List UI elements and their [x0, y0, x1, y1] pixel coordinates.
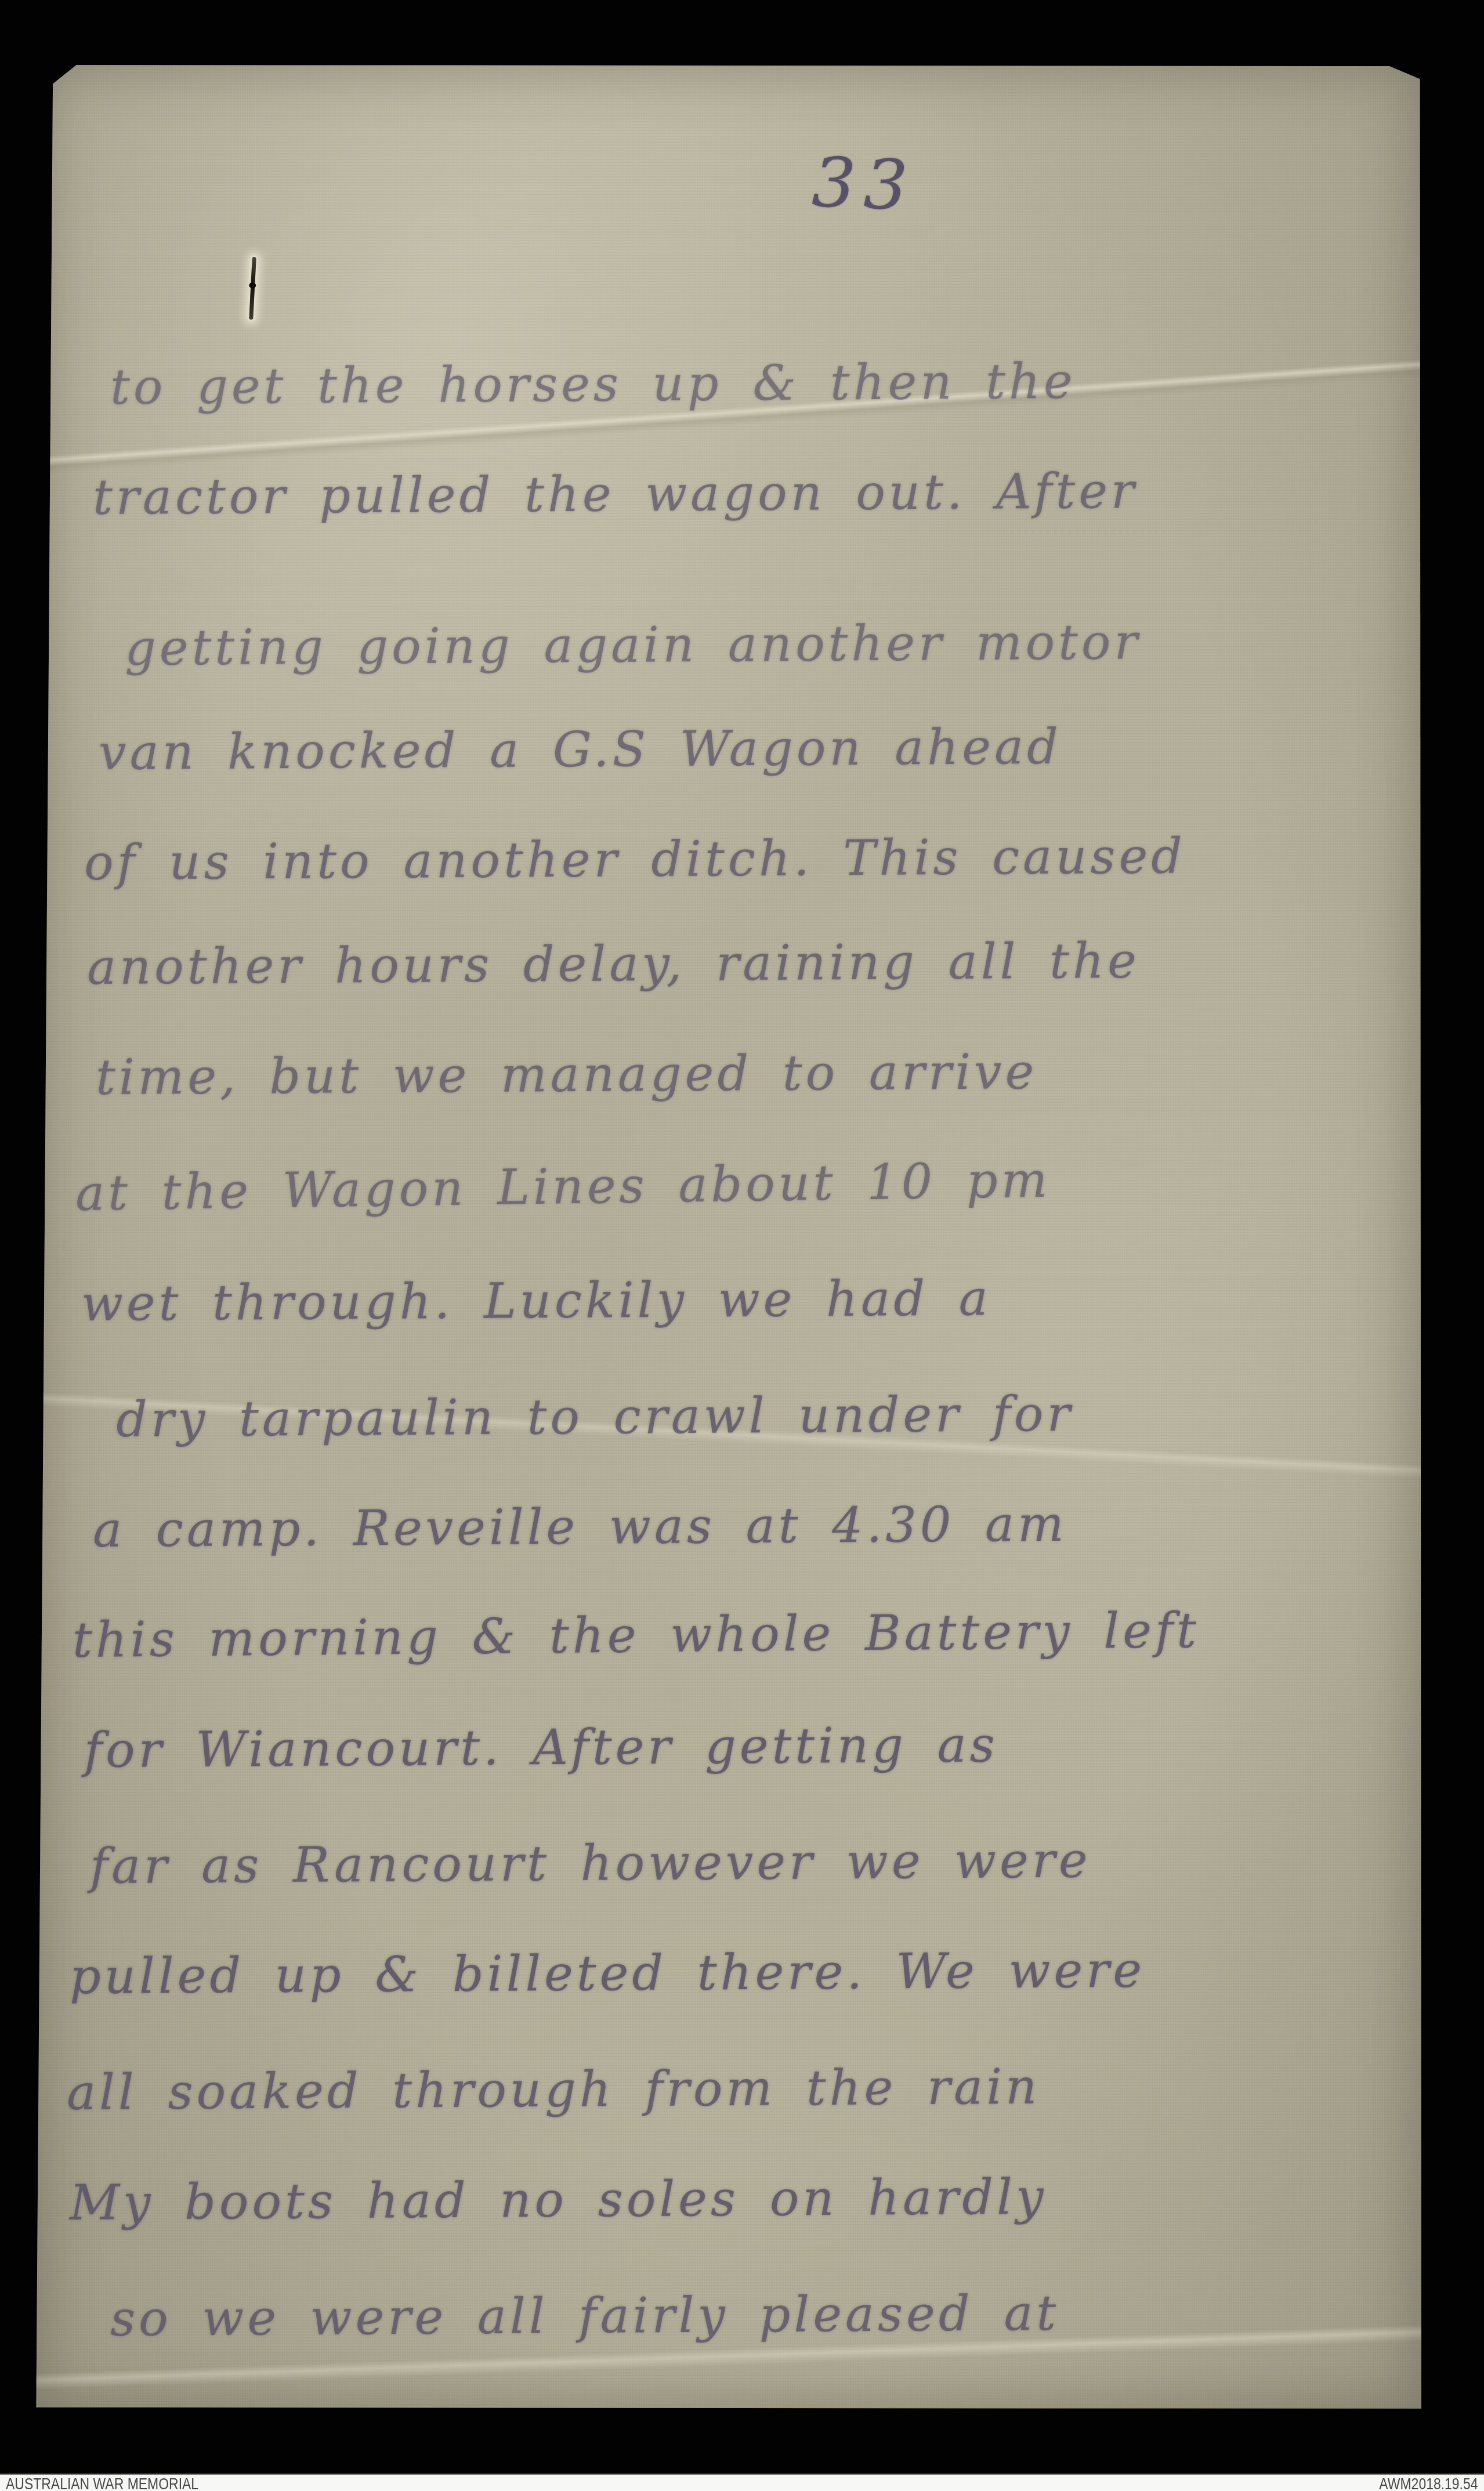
page-number: 33: [811, 142, 917, 226]
scan-background: 33 to get the horses up & then the tract…: [0, 0, 1484, 2491]
handwriting-line-14: far as Rancourt however we were: [90, 1831, 1091, 1895]
handwriting-line-15: pulled up & billeted there. We were: [70, 1942, 1146, 2005]
diary-page: 33 to get the horses up & then the tract…: [35, 63, 1421, 2411]
handwriting-line-18: so we were all fairly pleased at: [110, 2284, 1060, 2347]
handwriting-line-11: a camp. Reveille was at 4.30 am: [93, 1496, 1067, 1558]
handwriting-line-1: to get the horses up & then the: [110, 353, 1076, 415]
handwriting-line-12: this morning & the whole Battery left: [73, 1602, 1200, 1668]
handwriting-line-16: all soaked through from the rain: [67, 2058, 1041, 2121]
footer-left-label: AUSTRALIAN WAR MEMORIAL: [6, 2476, 198, 2491]
pinhole-mark: [249, 257, 256, 320]
handwriting-line-9: wet through. Luckily we had a: [81, 1269, 991, 1332]
handwriting-line-6: another hours delay, raining all the: [87, 932, 1140, 995]
handwriting-line-7: time, but we managed to arrive: [96, 1043, 1038, 1106]
handwriting-line-3: getting going again another motor: [125, 613, 1141, 676]
footer-right-label: AWM2018.19.54: [1380, 2476, 1478, 2491]
handwriting-line-17: My boots had no soles on hardly: [70, 2168, 1047, 2231]
footer-bar: AUSTRALIAN WAR MEMORIAL AWM2018.19.54: [0, 2474, 1484, 2491]
handwriting-line-13: for Wiancourt. After getting as: [84, 1716, 998, 1779]
handwriting-line-5: of us into another ditch. This caused: [84, 827, 1186, 891]
handwriting-line-4: van knocked a G.S Wagon ahead: [99, 718, 1062, 781]
handwriting-line-2: tractor pulled the wagon out. After: [93, 462, 1138, 526]
handwriting-line-10: dry tarpaulin to crawl under for: [116, 1385, 1074, 1448]
handwriting-line-8: at the Wagon Lines about 10 pm: [75, 1152, 1051, 1222]
